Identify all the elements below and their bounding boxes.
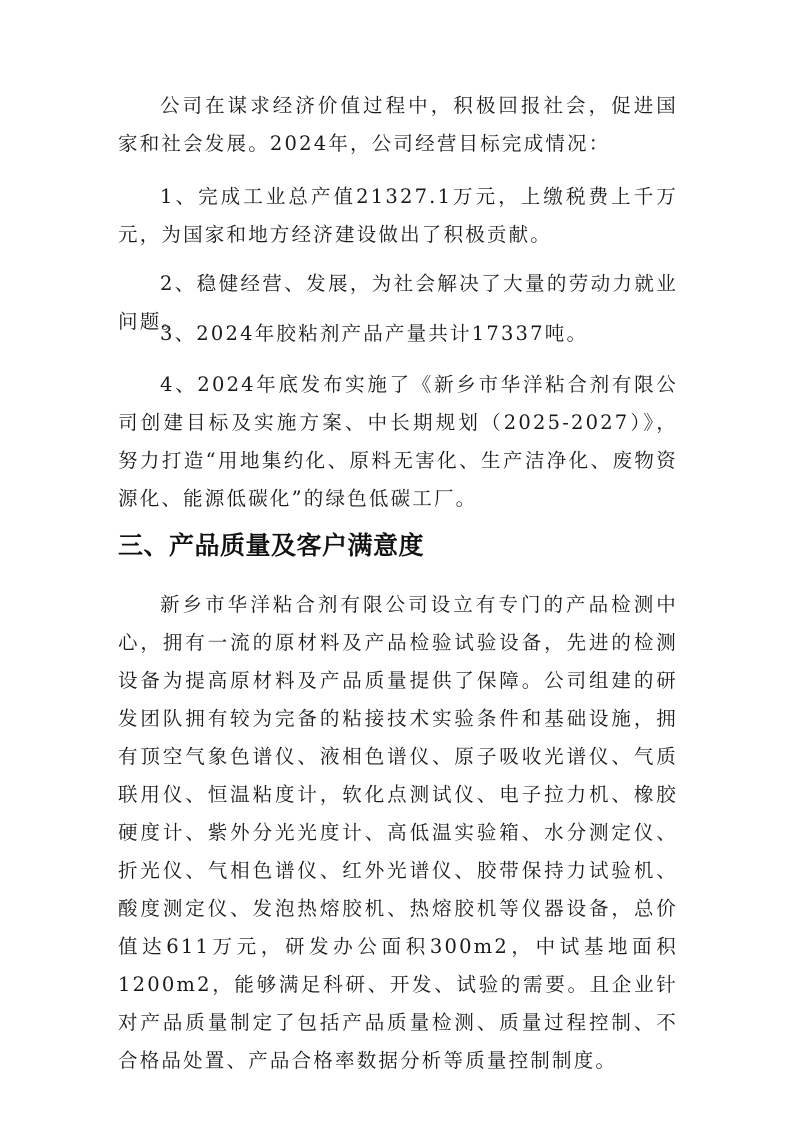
achievement-item-4: 4、2024年底发布实施了《新乡市华洋粘合剂有限公司创建目标及实施方案、中长期规…	[118, 366, 678, 518]
intro-paragraph: 公司在谋求经济价值过程中，积极回报社会，促进国家和社会发展。2024年，公司经营…	[118, 87, 678, 163]
achievement-item-1: 1、完成工业总产值21327.1万元，上缴税费上千万元，为国家和地方经济建设做出…	[118, 178, 678, 254]
section-heading: 三、产品质量及客户满意度	[118, 526, 424, 566]
section-body-paragraph: 新乡市华洋粘合剂有限公司设立有专门的产品检测中心，拥有一流的原材料及产品检验试验…	[118, 586, 678, 1080]
achievement-item-3: 3、2024年胶粘剂产品产量共计17337吨。	[118, 315, 678, 353]
